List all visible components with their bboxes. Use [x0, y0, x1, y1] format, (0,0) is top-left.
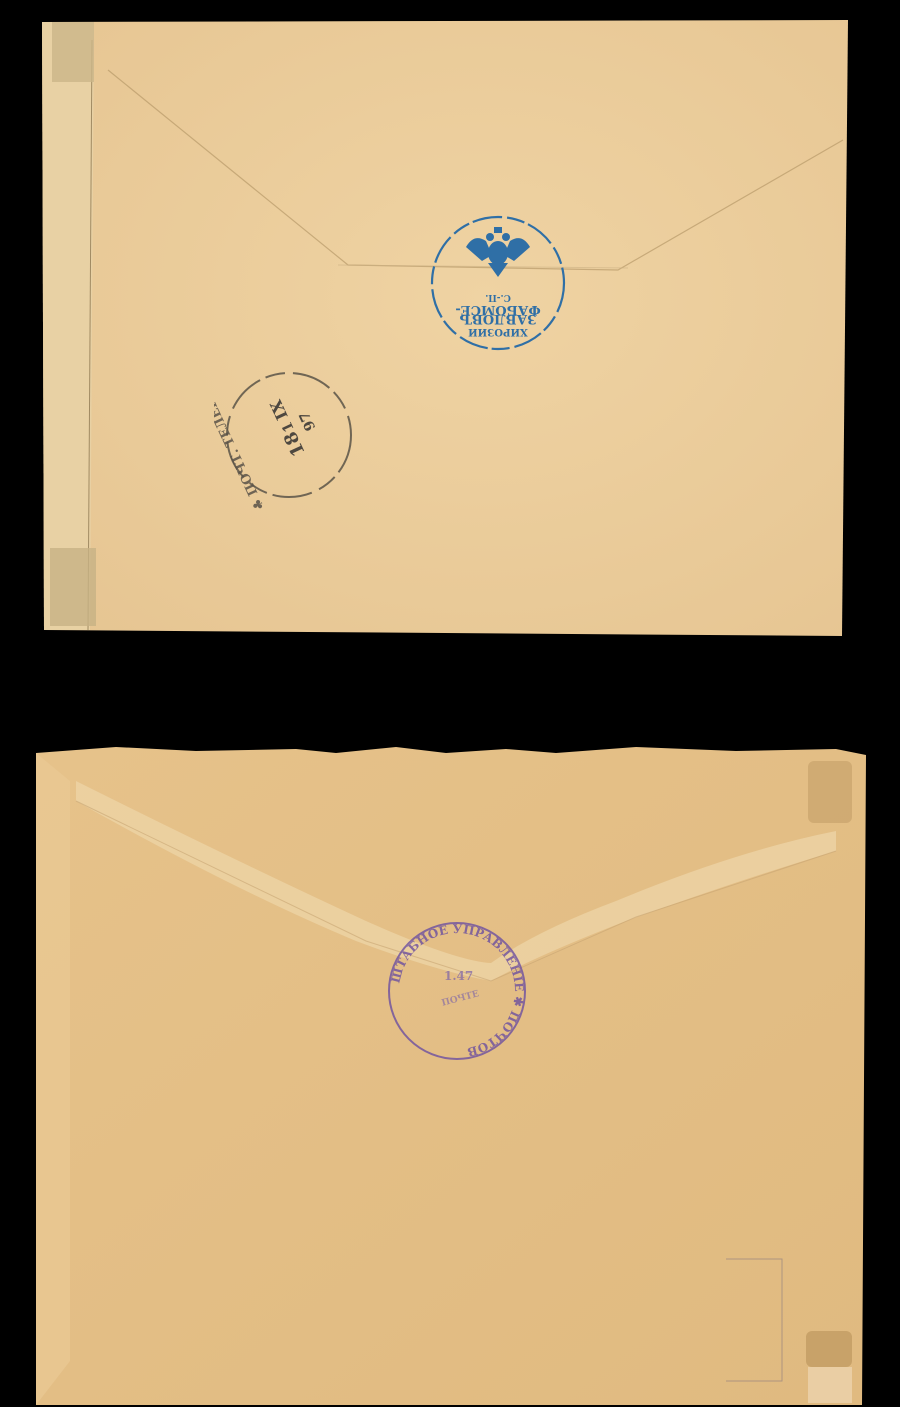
violet-official-seal: ШТАБНОЕ УПРАВЛЕНІЕ ✱ ПОЧТОВ 1.47 ПОЧТЕ — [382, 916, 532, 1066]
hinge-tape-bottom — [50, 548, 96, 626]
envelope-bottom-graphic — [36, 741, 866, 1405]
svg-text:ЗАВЛОВЪ: ЗАВЛОВЪ — [459, 311, 536, 326]
svg-text:97: 97 — [296, 409, 319, 433]
hinge-tape-top — [52, 22, 94, 82]
svg-text:ХИРОЗИИ: ХИРОЗИИ — [468, 326, 528, 337]
hinge-tape-top — [808, 761, 852, 823]
envelope-back-bottom: ШТАБНОЕ УПРАВЛЕНІЕ ✱ ПОЧТОВ 1.47 ПОЧТЕ — [36, 741, 866, 1405]
svg-text:С.-П.: С.-П. — [485, 292, 511, 302]
svg-text:ПОЧТЕ: ПОЧТЕ — [441, 989, 481, 1009]
double-headed-eagle-icon — [466, 227, 530, 277]
hinge-tape-bottom — [806, 1331, 852, 1367]
svg-text:1.47: 1.47 — [444, 969, 473, 983]
envelope-back-top: С.-П. ФАБОМСЕ- ЗАВЛОВЪ ХИРОЗИИ ГРОДНО ♣ … — [38, 0, 848, 636]
svg-text:IX: IX — [266, 396, 292, 423]
imperial-eagle-cachet: С.-П. ФАБОМСЕ- ЗАВЛОВЪ ХИРОЗИИ — [430, 213, 568, 353]
grodno-datestamp: ГРОДНО ♣ ПОЧТ. ТЕЛЕГР. ГОНТ 18 1 IX 97 — [214, 360, 364, 510]
